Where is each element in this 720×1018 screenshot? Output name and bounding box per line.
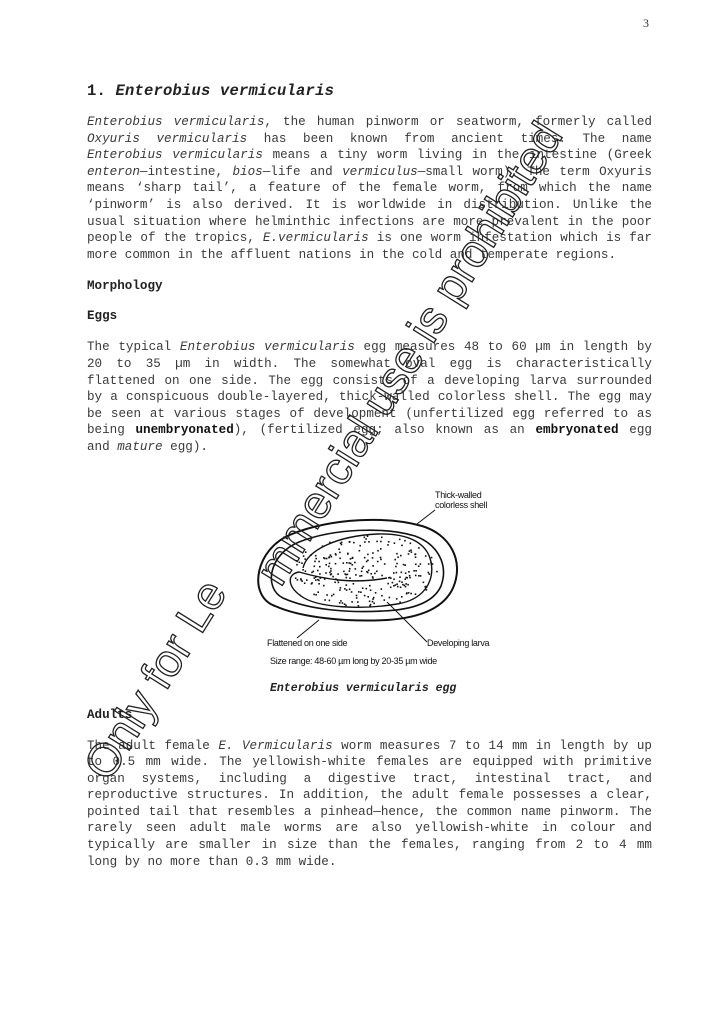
section-title-text: Enterobius vermicularis [116,82,335,100]
adults-paragraph: The adult female E. Vermicularis worm me… [87,738,652,871]
section-title: 1. Enterobius vermicularis [87,82,652,100]
morphology-heading: Morphology [87,279,652,293]
section-number: 1. [87,82,106,100]
size-range: Size range: 48-60 µm long by 20-35 µm wi… [270,656,437,666]
label-flattened: Flattened on one side [267,638,347,648]
page-number: 3 [643,16,649,31]
document-body: 1. Enterobius vermicularis Enterobius ve… [87,82,652,870]
figure-caption: Enterobius vermicularis egg [270,682,456,695]
eggs-heading: Eggs [87,309,652,323]
label-shell: Thick-walled colorless shell [435,490,487,510]
label-larva: Developing larva [427,638,489,648]
adults-heading: Adults [87,708,652,722]
